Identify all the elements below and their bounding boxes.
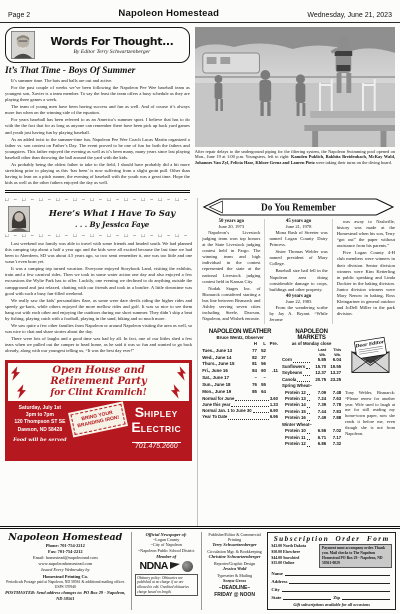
subscription-form: Subscription Order Form $43.00 North Dak… [267,532,396,610]
weather-row: Wed., June 14 82 37 [202,355,278,362]
weather-high: 77 [248,348,257,355]
dot-leader [307,420,310,421]
city-blank-line[interactable] [282,591,390,592]
subscription-prices: $43.00 North Dakota$50.00 Elsewhere$44.0… [271,544,316,567]
staff-entries: Publisher/Editor & Commercial Printing T… [206,532,264,584]
lightning-bolt-icon [177,366,186,381]
page-header: Page 2 Napoleon Homestead Wednesday, Jun… [0,0,400,23]
column-byline: . . . By Jessica Faye [35,220,189,229]
words-for-thought-titles: Words For Thought... By Editor Terry Sch… [40,35,184,55]
markets-header-row: Last Wk. This Wk. [282,347,341,357]
heres-what-inner: Here’s What I Have To Say . . . By Jessi… [5,204,192,234]
dear-editor-letter: Tony Welder, Bismarck: “Please renew for… [345,390,395,437]
price-option: $35.00 Online [271,561,316,567]
ad-phone: 701.475.2660 [132,442,181,450]
dot-leader [307,394,310,395]
caption-tail: were taking their turns on the diving bo… [315,160,392,165]
weather-row: Mon., June 19 85 64 [202,389,278,396]
masthead-paper-name: Napoleon Homestead [4,532,127,543]
this-week-price: 23.25 [326,377,341,383]
last-week-price: 7.49 [311,415,326,421]
article-paragraph: The team of young men have been having s… [5,104,190,116]
weather-row: Sun., June 18 76 55 [202,382,278,389]
market-row: Protein 12 6.86 7.32 [282,441,341,447]
weather-precip: .11 [266,368,278,375]
dot-leader [307,407,310,408]
weather-low: – [257,375,266,382]
article-paragraph: We saw quite a few other families from N… [5,323,192,335]
remember-block: 40 years ago June 22, 1983 From the wand… [269,294,327,323]
remember-column: Do You Remember 50 years ago June 20, 19… [197,198,395,526]
ornament-border-top: □ ~ □ ~ □ ~ □ ~ □ ~ □ ~ □ ~ □ ~ □ ~ □ ~ … [5,198,192,204]
pool-photo [195,27,395,147]
weather-high: 84 [248,368,257,375]
ad-details-panel: Saturday, July 1st 3pm to 7pm 120 Thomps… [8,401,189,458]
years-ago-date: June 22, 1983 [269,299,327,304]
remember-col-1: 50 years ago June 20, 1973 Napoleon’s Li… [202,219,260,324]
remember-block: Sister Thomas Welder was named president… [269,249,327,267]
weather-header-row: H L Pre. [202,341,278,348]
heres-what-titles: Here’s What I Have To Say . . . By Jessi… [35,209,189,229]
weather-day: Fri., June 16 [202,368,248,375]
logo-initial-e: E [131,419,140,435]
column-title: Here’s What I Have To Say [35,209,189,219]
weather-precip [266,361,278,368]
article-paragraph: It was a camping trip turned vacation. E… [5,266,192,296]
ad-address-line2: Dawson, ND 58428 [11,427,69,434]
name-blank-line[interactable] [285,575,390,576]
article-paragraph: We really saw the kids’ personalities fl… [5,298,192,322]
staff-entry: Circulation Mgr. & Bookkeeping Christine… [206,549,264,560]
weather-day: Sun., June 18 [202,382,248,389]
col-precip: Pre. [266,341,278,348]
ad-headline-panel: Open House and Retirement Party for Clin… [8,363,189,401]
remember-text: Sister Thomas Welder was named president… [269,249,327,267]
lightning-bolt-icon [11,366,20,381]
weather-totals: Normal for June 3.60 June this year 1.33… [202,396,278,421]
deadline-label: –DEADLINE– [206,585,264,591]
article-paragraph: There were lots of laughs and a good tim… [5,336,192,354]
banner-title: Do You Remember [261,202,336,213]
subscription-pricing-row: $43.00 North Dakota$50.00 Elsewhere$44.0… [271,544,392,567]
weather-high: – [248,375,257,382]
weather-day: Mon., June 19 [202,389,248,396]
weather-row: Tues., June 13 77 52 [202,348,278,355]
words-for-thought-column: Words For Thought... By Editor Terry Sch… [5,27,190,193]
weather-high: 85 [248,389,257,396]
weather-low: 52 [257,348,266,355]
article-paragraph: As probably being the oldest father to t… [5,162,190,186]
staff-entry: Publisher/Editor & Commercial Printing T… [206,532,264,548]
state-zip-field[interactable]: State Zip [271,595,392,600]
article-paragraph: For years baseball has been referred to … [5,117,190,135]
last-week-price: 6.86 [311,441,326,447]
remember-text: Mona Rash of Streeter was named Logan Co… [269,230,327,248]
staff-name: Jessica Wald [206,566,264,571]
newspaper-title: Napoleon Homestead [118,8,219,19]
ad-event-details: Saturday, July 1st 3pm to 7pm 120 Thomps… [11,405,69,444]
dot-leader [253,412,269,413]
weather-row: Sat., June 17 – – [202,375,278,382]
staff-entry: Typesetter & Mailing Sonya Gross [206,573,264,584]
weather-low: 64 [257,389,266,396]
markets-title: NAPOLEON MARKETS [282,329,341,341]
masthead-contact-info: Napoleon Homestead Phone: 701-754-2212 F… [4,532,127,610]
dot-leader [306,368,310,369]
total-value: 6.96 [270,414,278,420]
staff-entry: Reporter/Graphic Design Jessica Wald [206,561,264,572]
zip-label: Zip [333,595,340,600]
logo-initial-s: S [135,404,144,420]
weather-low: 56 [257,361,266,368]
market-row: Protein 16 7.49 7.88 [282,415,341,421]
remember-text: Baseball size hail fell in the Napoleon … [269,268,327,292]
masthead: Napoleon Homestead Phone: 701-754-2212 F… [0,526,400,614]
dot-leader [228,419,269,420]
ad-date: Saturday, July 1st [11,405,69,412]
official-items: ~Logan County~City of Napoleon~Napoleon … [135,537,198,554]
ad-address-line1: 120 Thompson ST SE [11,419,69,426]
lightning-bolt-icon [17,384,26,399]
weather-day: Wed., June 14 [202,355,248,362]
masthead-postage: Periodicals Postage paid at Napoleon, ND… [4,580,127,585]
logo-line2: ELECTRIC [126,420,186,435]
shipley-electric-logo: SHIPLEY ELECTRIC 701.475.2660 [126,405,186,453]
subscription-title: Subscription Order Form [271,535,392,543]
staff-name: Sonya Gross [206,578,264,583]
weather-high: 81 [248,361,257,368]
markets-table: NAPOLEON MARKETS as of Monday close Last… [282,329,341,448]
ad-time: 3pm to 7pm [11,412,69,419]
column-byline: By Editor Terry Schwartzenberger [40,49,184,55]
weather-table: NAPOLEON WEATHER Bruce Wentz, Observer H… [202,329,278,448]
remember-text: Nodak Stages Inc. of Bismarck considered… [202,286,260,322]
do-you-remember-banner: Do You Remember [202,198,395,216]
address-blank-line[interactable] [289,583,390,584]
protein-grade: Protein 16 [282,415,306,421]
words-for-thought-box: Words For Thought... By Editor Terry Sch… [5,27,190,63]
weather-high: 82 [248,355,257,362]
member-of-label: Member of [135,554,198,559]
column-title: Words For Thought... [40,35,184,48]
weather-precip [266,355,278,362]
weather-day: Sat., June 17 [202,375,248,382]
markets-subtitle: as of Monday close [282,341,341,346]
remember-col-3: was away to Nashville, history was made … [332,219,395,324]
words-article-body: It’s summer time. The bats and balls are… [5,78,190,186]
article-headline: It’s That Time - Boys Of Summer [5,66,190,76]
name-label: Name [271,571,282,576]
staff-list: Publisher/Editor & Commercial Printing T… [206,532,264,610]
spacer [202,341,248,348]
markets-commodity-rows: Corn 5.85 6.04 Sunflowers 15.70 19.55 So… [282,357,341,383]
retirement-party-ad: Open House and Retirement Party for Clin… [5,360,192,461]
weather-rows: Tues., June 13 77 52 Wed., June 14 82 37… [202,348,278,396]
protein-grade: Protein 12 [282,441,306,447]
ad-food-note: Food will be served [11,437,69,444]
editor-photo [11,31,35,59]
last-week-price: 20.75 [311,377,326,383]
tables-row: NAPOLEON WEATHER Bruce Wentz, Observer H… [202,329,395,448]
winter-wheat-rows: Protein 10 6.56 7.02 Protein 11 6.71 7.1… [282,428,341,447]
address-field[interactable]: Address [271,579,392,584]
remember-col-2: 45 years ago June 21, 1978 Mona Rash of … [264,219,327,324]
logo-word-hipley: HIPLEY [144,409,178,419]
weather-low: 37 [257,355,266,362]
remember-columns: 50 years ago June 20, 1973 Napoleon’s Li… [202,219,395,324]
remember-block: was away to Nashville, history was made … [337,219,395,249]
logo-line1: SHIPLEY [126,405,186,420]
remember-text: From the wandering scribe by Jay A. Brya… [269,305,327,323]
ad-title-line1: Open House and [24,365,173,376]
weather-row: Thurs., June 15 81 56 [202,361,278,368]
ndna-flag-icon [170,561,180,571]
weather-precip [266,375,278,382]
article-paragraph: It’s summer time. The bats and balls are… [5,78,190,84]
masthead-postmaster: POSTMASTER: Send address changes to: PO … [4,590,127,602]
staff-name: Terry Schwartzenberger [206,542,264,547]
weather-low: 55 [257,382,266,389]
weather-total-row: Year To Date 6.96 [202,414,278,420]
weather-title: NAPOLEON WEATHER [202,329,278,335]
ad-title-line2: Retirement Party [24,376,173,387]
logo-word-lectric: LECTRIC [141,424,181,434]
weather-observer: Bruce Wentz, Observer [202,335,278,340]
weather-day: Tues., June 13 [202,348,248,355]
page-number: Page 2 [8,12,30,19]
weather-precip [266,389,278,396]
official-item: ~Napoleon Public School District [135,548,198,554]
dot-leader [303,375,310,376]
col-high: H [248,341,257,348]
city-label: City [271,587,279,592]
weather-low: 60 [257,368,266,375]
official-newspaper-box: Official Newspaper of: ~Logan County~Cit… [131,532,202,610]
dot-leader [307,439,311,440]
dot-leader [307,433,310,434]
weather-row: Fri., June 16 84 60 .11 [202,368,278,375]
remember-block: Baseball size hail fell in the Napoleon … [269,268,327,292]
state-label: State [271,595,281,600]
article-paragraph: As an added twist to the summer-time fun… [5,137,190,161]
payment-instructions: Payment must accompany order. Thank you.… [319,544,392,567]
col-last-week: Last Wk. [311,347,326,357]
columnist-photo [8,206,30,232]
dot-leader [235,400,269,401]
state-blank-line[interactable] [283,599,331,600]
newspaper-page: Page 2 Napoleon Homestead Wednesday, Jun… [0,0,400,614]
col-this-week: This Wk. [326,347,341,357]
remember-block: Five Logan County 4-H club members were … [337,250,395,317]
lightning-bolt-icon [171,384,180,399]
staff-name: Christine Schwartzenberger [206,554,264,559]
ndna-wordmark: NDNA [140,560,168,572]
weather-precip [266,382,278,389]
dot-leader [307,400,310,401]
pool-photo-image [195,27,395,147]
this-week-price: 7.32 [326,441,341,447]
years-ago-date: June 20, 1973 [202,224,260,229]
jessica-column: □ ~ □ ~ □ ~ □ ~ □ ~ □ ~ □ ~ □ ~ □ ~ □ ~ … [5,198,192,526]
gift-subscriptions-note: Gift subscriptions available for all occ… [271,602,392,607]
weather-day: Thurs., June 15 [202,361,248,368]
article-paragraph: Last weekend our family was able to trav… [5,241,192,265]
ad-title-line3: for Clint Kramlich! [24,388,173,398]
total-label: Year To Date [202,414,227,420]
deadline-value: FRIDAY @ NOON [206,592,264,598]
city-field[interactable]: City [271,587,392,592]
middle-section: □ ~ □ ~ □ ~ □ ~ □ ~ □ ~ □ ~ □ ~ □ ~ □ ~ … [0,193,400,526]
remember-text: was away to Nashville, history was made … [337,219,395,249]
dot-leader [307,413,310,414]
zip-blank-line[interactable] [342,599,390,600]
article-paragraph: For the past couple of weeks we’ve been … [5,85,190,103]
spring-wheat-rows: Protein 12 7.09 7.48 Protein 13 7.24 7.6… [282,390,341,422]
jessica-article-body: Last weekend our family was able to trav… [5,241,192,354]
ornament-border-bottom: □ ~ □ ~ □ ~ □ ~ □ ~ □ ~ □ ~ □ ~ □ ~ □ ~ … [5,234,192,240]
this-week-price: 7.88 [326,415,341,421]
branding-iron-stamp: BRING YOUR BRANDING IRON! [70,404,125,435]
dear-editor-envelope: Dear Editor [345,329,395,388]
pool-photo-caption: After repair delays to the underground p… [195,149,395,166]
pool-photo-column: After repair delays to the underground p… [195,27,395,193]
envelope-icon: Dear Editor [349,329,392,383]
name-field[interactable]: Name [271,571,392,576]
years-ago-date: June 21, 1978 [269,224,327,229]
remember-block: 45 years ago June 21, 1978 Mona Rash of … [269,219,327,248]
remember-block: 50 years ago June 20, 1973 Napoleon’s Li… [202,219,260,285]
dear-editor-section: Dear Editor Tony Welder, Bismarck: “Plea… [345,329,395,448]
dot-leader [293,362,310,363]
remember-text: Napoleon’s Livestock judging team won to… [202,230,260,285]
dot-leader [297,381,310,382]
ndna-logo: NDNA [135,560,198,572]
remember-text: Five Logan County 4-H club members were … [337,250,395,317]
issue-date: Wednesday, June 21, 2023 [307,12,392,19]
col-low: L [257,341,266,348]
association-seal-icon [182,561,193,572]
weather-high: 76 [248,382,257,389]
remember-block: Nodak Stages Inc. of Bismarck considered… [202,286,260,322]
heres-what-box: □ ~ □ ~ □ ~ □ ~ □ ~ □ ~ □ ~ □ ~ □ ~ □ ~ … [5,198,192,239]
dot-leader [231,406,268,407]
weather-precip [266,348,278,355]
staff-role: Publisher/Editor & Commercial Printing [206,532,264,542]
obituary-policy: Obituary policy: Obituaries are publishe… [135,574,198,597]
ribbon-banner-icon: Do You Remember [202,198,395,216]
dot-leader [307,446,310,447]
top-section: Words For Thought... By Editor Terry Sch… [0,23,400,193]
address-label: Address [271,579,287,584]
